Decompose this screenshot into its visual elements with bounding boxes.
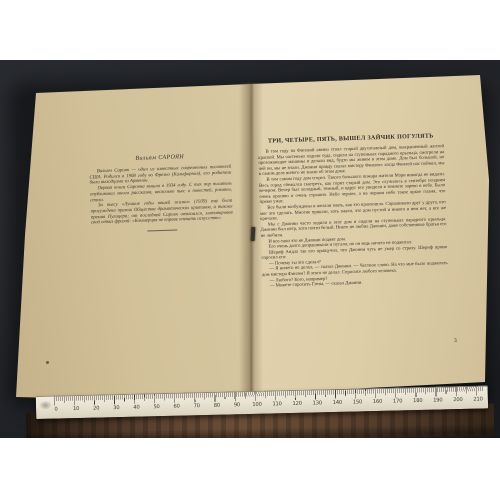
ruler-number: 200 [453, 397, 462, 403]
ruler-number: 210 [473, 396, 482, 402]
staple [251, 227, 256, 241]
ruler-number: 80 [214, 403, 220, 409]
paper-speck [46, 361, 49, 364]
ruler-number: 100 [252, 402, 261, 408]
ruler-number: 140 [333, 400, 342, 406]
ruler-number: 110 [272, 401, 281, 407]
photo-area: Вильям САРОЯН Вильям Сароян — один из из… [0, 60, 500, 438]
ruler-number: 90 [234, 402, 240, 408]
ruler-number: 180 [413, 398, 422, 404]
ruler-number: 190 [433, 397, 442, 403]
ruler-number: 120 [292, 401, 301, 407]
ruler-number: 50 [153, 404, 159, 410]
ruler-number: 150 [353, 399, 362, 405]
ruler-number: 20 [93, 406, 99, 412]
ruler-number: 70 [194, 403, 200, 409]
ruler-stamp [39, 401, 52, 410]
listing-photo: Вильям САРОЯН Вильям Сароян — один из из… [0, 0, 500, 500]
left-page-text: Вильям САРОЯН Вильям Сароян — один из из… [89, 153, 234, 234]
ruler-number: 30 [113, 405, 119, 411]
ruler-number: 160 [373, 399, 382, 405]
author-bio-paragraph: За пьесу «Лучшие годы вашей жизни» (1939… [90, 199, 233, 227]
page-number: 3 [454, 338, 457, 344]
right-page-text: ТРИ, ЧЕТЫРЕ, ПЯТЬ, ВЫШЕЛ ЗАЙЧИК ПОГУЛЯТЬ… [258, 133, 449, 290]
ruler-number: 0 [54, 406, 57, 412]
ruler-number: 170 [393, 398, 402, 404]
ruler-number: 40 [133, 405, 139, 411]
ruler-number: 60 [173, 404, 179, 410]
ruler-number: 10 [73, 406, 79, 412]
ruler-number: 130 [313, 400, 322, 406]
